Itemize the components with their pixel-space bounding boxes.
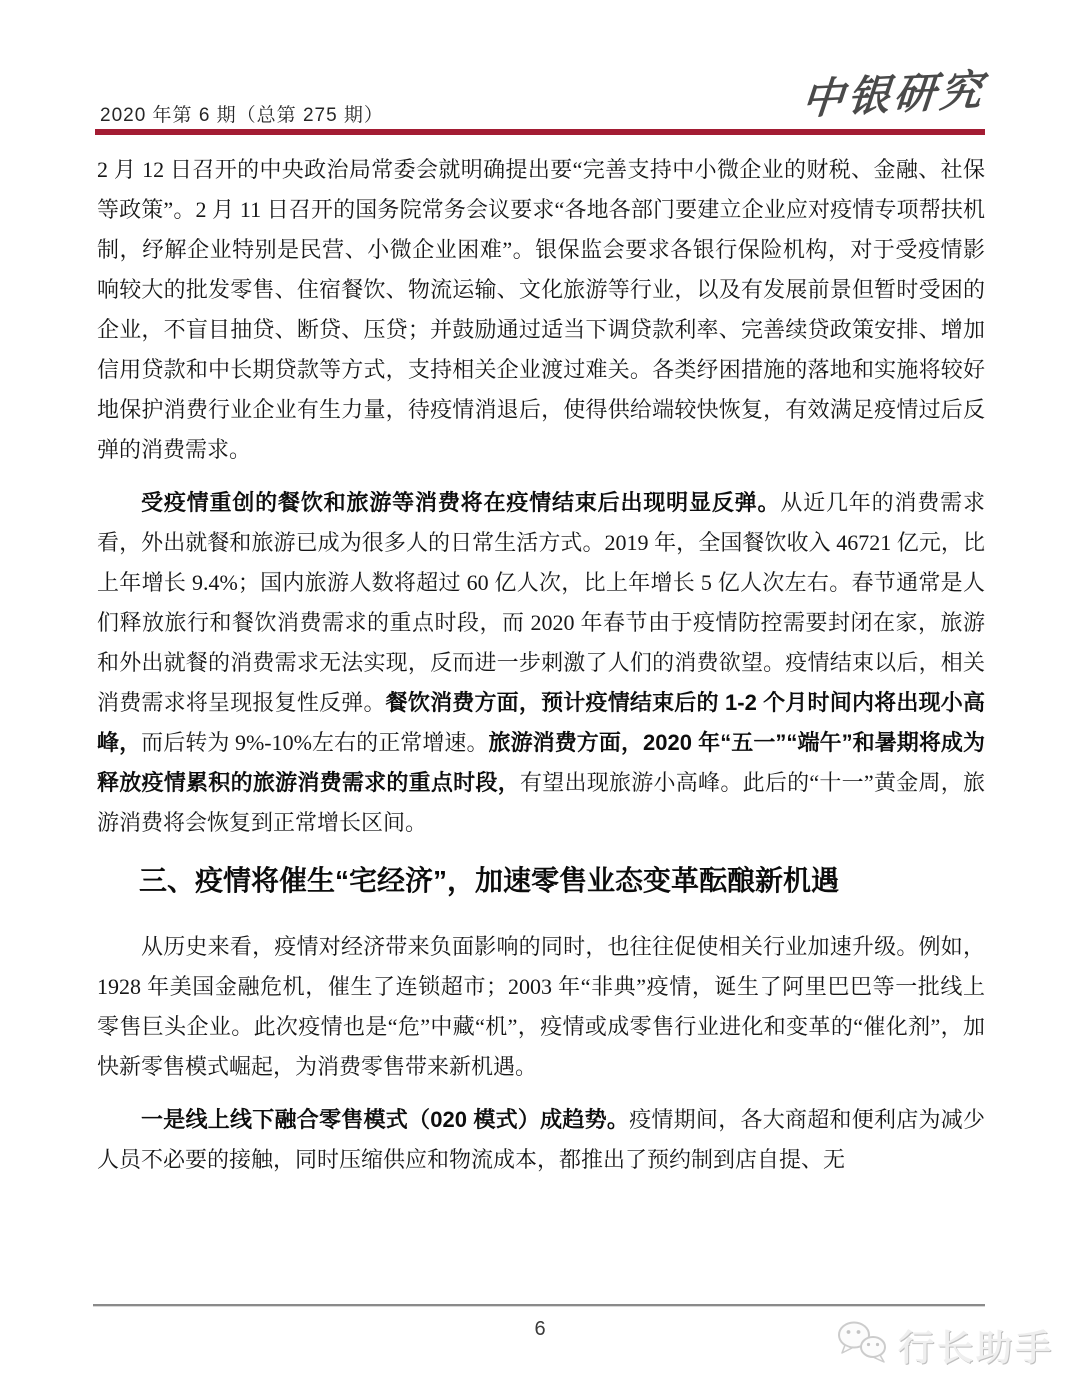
section-heading: 三、疫情将催生“宅经济”，加速零售业态变革酝酿新机遇 [97, 863, 985, 899]
bold-text-segment: 一是线上线下融合零售模式（020 模式）成趋势。 [141, 1107, 629, 1132]
wechat-icon [836, 1320, 890, 1371]
text-segment: 而后转为 9%-10%左右的正常增速。 [141, 730, 488, 755]
watermark-text: 行长助手 [898, 1320, 1054, 1371]
issue-label: 2020 年第 6 期（总第 275 期） [100, 100, 384, 127]
bold-text-segment: 三、疫情将催生“宅经济”，加速零售业态变革酝酿新机遇 [139, 865, 839, 896]
footer-divider-rule [93, 1304, 985, 1307]
body-paragraph: 受疫情重创的餐饮和旅游等消费将在疫情结束后出现明显反弹。从近几年的消费需求看，外… [97, 483, 985, 843]
body-paragraph: 2 月 12 日召开的中央政治局常委会就明确提出要“完善支持中小微企业的财税、金… [97, 150, 985, 470]
bold-text-segment: 受疫情重创的餐饮和旅游等消费将在疫情结束后出现明显反弹。 [141, 490, 780, 515]
text-segment: 2 月 12 日召开的中央政治局常委会就明确提出要“完善支持中小微企业的财税、金… [97, 157, 985, 462]
text-segment: 从历史来看，疫情对经济带来负面影响的同时，也往往促使相关行业加速升级。例如，19… [97, 934, 985, 1079]
body-paragraph: 一是线上线下融合零售模式（020 模式）成趋势。疫情期间，各大商超和便利店为减少… [97, 1100, 985, 1180]
header-divider-rule [95, 129, 985, 135]
document-body: 2 月 12 日召开的中央政治局常委会就明确提出要“完善支持中小微企业的财税、金… [97, 150, 985, 1193]
text-segment: 从近几年的消费需求看，外出就餐和旅游已成为很多人的日常生活方式。2019 年，全… [97, 490, 985, 715]
watermark: 行长助手 [836, 1320, 1054, 1371]
body-paragraph: 从历史来看，疫情对经济带来负面影响的同时，也往往促使相关行业加速升级。例如，19… [97, 927, 985, 1087]
brand-logo-calligraphy: 中银研究 [799, 57, 988, 127]
